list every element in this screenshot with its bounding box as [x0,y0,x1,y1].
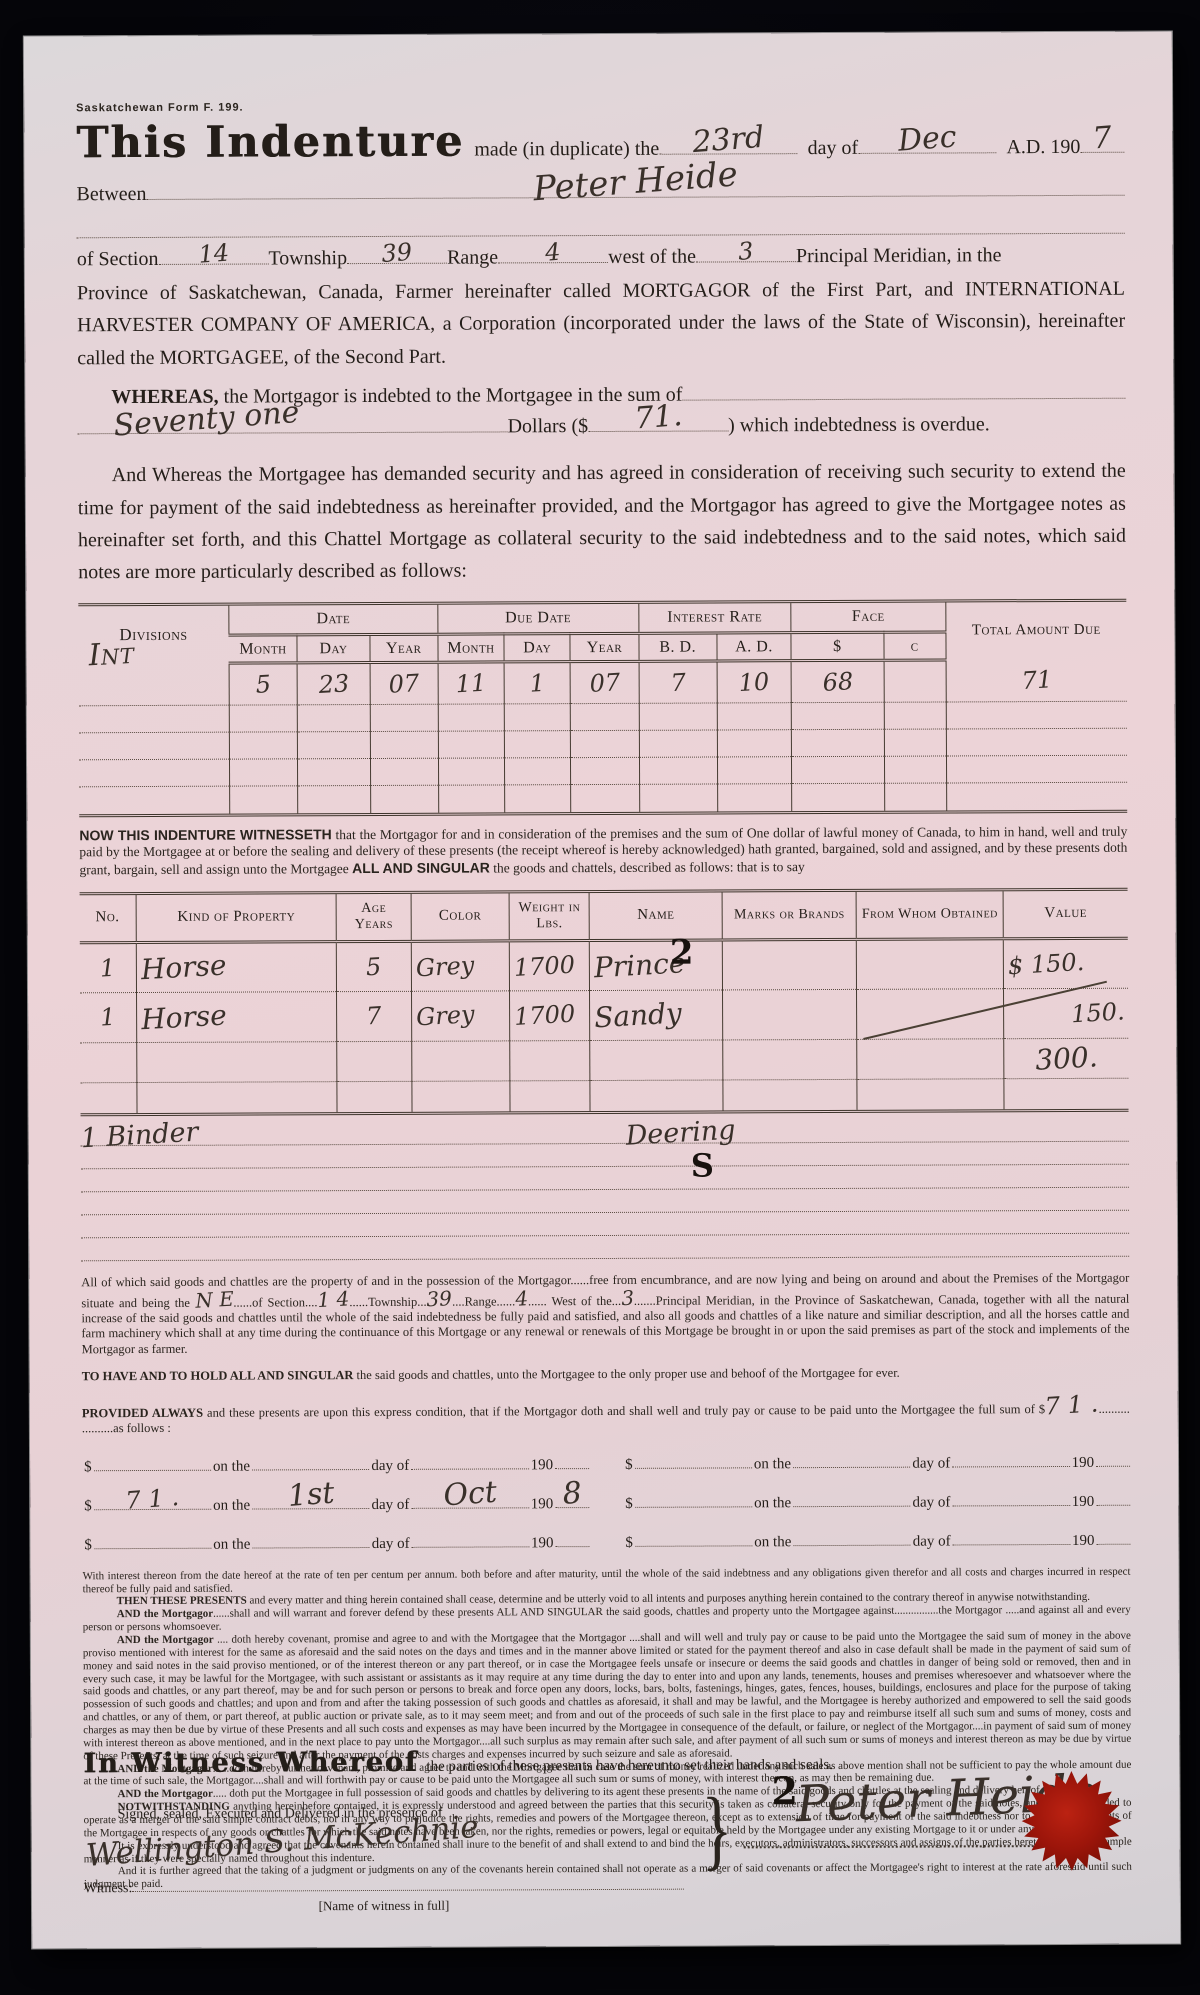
to-have-body: the said goods and chattles, unto the Mo… [353,1366,899,1382]
sub-bd: B. D. [639,633,717,661]
party-paragraph: Province of Saskatchewan, Canada, Farmer… [77,273,1125,375]
overdue-label: ) which indebtedness is overdue. [728,413,990,437]
amount-words-blank-tail [682,398,1125,401]
property-row-1: 1 Horse 5 Grey 1700 Prince $ 150. [80,938,1128,993]
hw-meridian-2: 3 [621,1287,635,1308]
col-weight: Weight in Lbs. [509,893,590,941]
sub-ad: A. D. [717,633,791,661]
handwritten-year: 7 [1092,123,1113,154]
sub-year2: Year [570,634,638,662]
signing-block: In Witness Whereof the parties of these … [83,1744,1132,1939]
col-no: No. [80,895,136,943]
handwritten-binder: 1 Binder [80,1118,199,1152]
notes-row: 5 23 07 11 1 07 7 10 68 71 [79,659,1127,706]
meridian-blank: 3 [696,261,796,262]
amount-line: Seventy one Dollars ($ 71. ) which indeb… [77,411,1125,452]
hw-value-total: 300. [1034,1043,1098,1074]
hw-color-2: Grey [415,1002,475,1029]
handwritten-meridian: 3 [737,239,754,264]
of-section-label: of Section [77,248,159,271]
handwritten-mortgagor-name: Peter Heide [532,157,739,206]
hw-ad: 10 [738,669,770,695]
col-divisions: Divisions Int [78,605,229,664]
year-blank: 7 [1080,152,1124,153]
hw-due-year: 07 [589,670,621,696]
and-whereas-paragraph: And Whereas the Mortgagee has demanded s… [78,455,1127,589]
hw-weight-1: 1700 [513,952,575,979]
ad-label: A.D. 190 [1006,136,1080,159]
possession-sep-2: ......Township... [349,1295,426,1309]
col-age: Age Years [337,893,411,941]
col-marks: Marks or Brands [722,892,857,941]
day-of-label: day of [808,137,859,160]
col-total-amount-due: Total Amount Due [946,601,1127,660]
hw-range-2: 4 [515,1288,529,1309]
document-title: This Indenture [76,121,464,166]
handwritten-deering: Deering [625,1116,736,1149]
hw-value-2: 150. [1070,999,1125,1026]
name-blank: Peter Heide [147,195,1125,200]
handwritten-township: 39 [381,240,413,266]
to-have-lead: TO HAVE AND TO HOLD ALL AND SINGULAR [82,1368,354,1383]
legal-paragraph-2: AND the Mortgagor .... doth hereby coven… [83,1630,1132,1763]
township-blank: 39 [347,263,447,264]
property-row-2: 1 Horse 7 Grey 1700 Sandy 150. [80,988,1128,1043]
witness-whereof-lead: In Witness Whereof [83,1747,418,1779]
group-interest-rate: Interest Rate [638,603,791,634]
payment-line-2L: $7 1 . on the1st day ofOct 1908 [82,1496,589,1515]
between-line: Between Peter Heide [76,177,1124,226]
possession-paragraph: All of which said goods and chattles are… [81,1270,1129,1357]
west-label: west of the [608,246,696,269]
witnesseth-tail: the goods and chattels, described as fol… [490,859,805,875]
payment-line-1L: $ on the day of 190 [82,1457,589,1476]
meridian-tail-label: Principal Meridian, in the [796,244,1002,268]
possession-sep-4: ...... West of the... [528,1294,621,1308]
hw-kind-1: Horse [140,952,227,985]
red-wax-seal [1019,1769,1123,1873]
hw-date-month: 5 [255,672,272,697]
payment-line-3R: $ on the day of 190 [623,1532,1130,1551]
between-label: Between [76,183,146,206]
extra-goods-lines: 1 Binder Deering S [81,1125,1130,1261]
hw-no-1: 1 [99,955,116,980]
col-value: Value [1003,890,1128,939]
range-blank: 4 [498,262,608,263]
notes-table: Divisions Int Date Due Date Interest Rat… [78,598,1127,817]
group-due-date: Due Date [438,604,639,635]
amount-figures-blank: 71. [588,431,728,433]
hw-value-1: $ 150. [1007,950,1085,978]
payment-line-1R: $ on the day of 190 [623,1454,1130,1473]
scan-background: Saskatchewan Form F. 199. This Indenture… [0,0,1200,1995]
hw-payment-year: 8 [562,1478,583,1509]
hw-no-2: 1 [100,1005,117,1030]
provided-lead: PROVIDED ALWAYS [82,1406,203,1421]
sub-day: Day [297,635,369,663]
provided-paragraph: PROVIDED ALWAYS and these presents are u… [82,1393,1130,1437]
hw-township-2: 39 [426,1288,453,1309]
hw-provided-amount: 7 1 . [1045,1392,1100,1419]
hw-payment-day: 1st [286,1478,335,1511]
property-table: 2 No. Kind of Property Age Years Color W… [80,887,1129,1116]
sub-dollar: $ [791,633,883,661]
possession-sep-1: ......of Section.... [233,1295,317,1309]
handwritten-range: 4 [545,240,562,265]
witness-label: Witness: [84,1881,133,1897]
dollars-label: Dollars ($ [507,415,588,438]
handwritten-amount-figures: 71. [633,401,683,434]
provided-body: and these presents are upon this express… [203,1402,1045,1420]
payment-line-2R: $ on the day of 190 [623,1493,1130,1512]
witness-line: Witness: [Name of witness in full] [84,1879,684,1916]
col-from-whom: From Whom Obtained [856,891,1003,940]
witnesseth-paragraph: NOW THIS INDENTURE WITNESSETH that the M… [79,822,1127,878]
sub-year: Year [370,634,438,662]
possession-sep-3: ....Range...... [452,1294,515,1308]
payment-line-3L: $ on the day of 190 [82,1535,589,1554]
hw-name-2: Sandy [594,999,683,1032]
group-face: Face [791,602,946,633]
hw-bd: 7 [670,670,687,695]
handwritten-day: 23rd [691,123,765,158]
ink-mark-2: 2 [670,932,694,972]
group-date: Date [229,604,438,635]
col-kind: Kind of Property [136,894,337,943]
amount-words-blank: Seventy one [78,432,508,435]
hw-color-1: Grey [415,953,475,980]
signature-area: Signed, sealed, Executed and Delivered i… [83,1781,1132,1926]
hw-kind-2: Horse [140,1001,227,1034]
range-label: Range [447,246,498,269]
hw-age-2: 7 [366,1004,383,1029]
sub-month2: Month [438,634,504,662]
brace: } [701,1778,732,1882]
col-name: Name [589,892,722,941]
hw-due-month: 11 [455,670,487,696]
section-blank: 14 [158,263,268,264]
township-label: Township [268,247,347,270]
hw-weight-2: 1700 [514,1002,576,1029]
hw-quarter: N E [194,1289,234,1311]
witness-note: [Name of witness in full] [84,1897,684,1916]
section-line: of Section 14 Township 39 Range 4 west o… [77,242,1125,272]
hw-total: 71 [1021,667,1053,693]
hw-face-dollar: 68 [822,669,854,695]
witnesseth-lead2: ALL AND SINGULAR [352,859,490,876]
sub-cents: c [883,632,945,660]
title-made-label: made (in duplicate) the [474,138,659,162]
then-lead: THEN THESE PRESENTS [117,1595,247,1608]
form-number-label: Saskatchewan Form F. 199. [76,32,1124,115]
month-blank: Dec [858,152,996,154]
document-page: Saskatchewan Form F. 199. This Indenture… [24,32,1180,1949]
hw-date-year: 07 [388,671,420,697]
hw-due-day: 1 [529,671,546,696]
col-color: Color [411,893,510,941]
payment-schedule: $ on the day of 190 $ on the day of 190 … [82,1454,1130,1554]
to-have-paragraph: TO HAVE AND TO HOLD ALL AND SINGULAR the… [82,1365,1130,1385]
title-line: This Indenture made (in duplicate) the 2… [76,118,1124,166]
hw-payment-amount: 7 1 . [125,1485,180,1513]
hw-age-1: 5 [366,954,383,979]
sub-month: Month [229,635,297,663]
handwritten-month: Dec [897,122,958,156]
handwritten-divisions: Int [88,639,135,672]
handwritten-section: 14 [197,241,229,267]
hw-date-day: 23 [318,671,350,697]
hw-payment-month: Oct [442,1477,498,1511]
hw-section-2: 1 4 [317,1288,350,1310]
property-row-3: 300. [80,1038,1128,1083]
sub-day2: Day [504,634,570,662]
witnesseth-lead: NOW THIS INDENTURE WITNESSETH [79,826,332,843]
